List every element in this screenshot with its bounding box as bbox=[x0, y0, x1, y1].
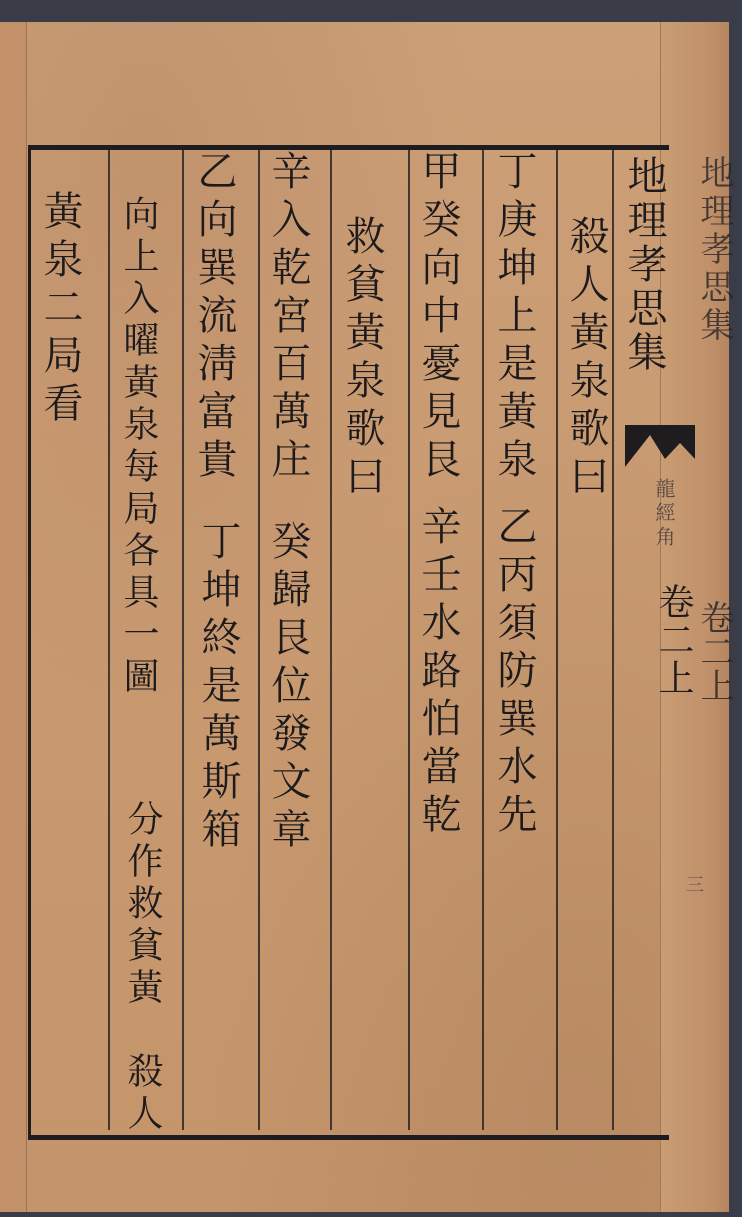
text-column-verse-4-bottom: 丁坤終是萬斯箱 bbox=[198, 520, 238, 856]
adjacent-fold-title: 地理孝思集 bbox=[690, 155, 739, 345]
fish-tail-mark-icon bbox=[625, 425, 695, 467]
column-rule bbox=[330, 150, 332, 1130]
text-column-note-top: 向上入曜黃泉每局各具一圖 bbox=[120, 195, 156, 699]
text-column-verse-3-top: 辛入乾宮百萬庄 bbox=[268, 150, 308, 486]
fold-page-number: 三 bbox=[680, 875, 706, 893]
column-rule bbox=[556, 150, 558, 1130]
text-column-verse-2-bottom: 辛壬水路怕當乾 bbox=[418, 505, 458, 841]
fold-section-label: 龍經角 bbox=[650, 478, 679, 550]
text-column-note-bottom: 分作救貧黃 殺人 bbox=[124, 800, 160, 1136]
column-rule bbox=[182, 150, 184, 1130]
text-column-heading-killing: 殺人黃泉歌曰 bbox=[566, 215, 606, 503]
text-column-verse-3-bottom: 癸歸艮位發文章 bbox=[268, 520, 308, 856]
column-rule bbox=[482, 150, 484, 1130]
column-rule bbox=[408, 150, 410, 1130]
column-rule bbox=[108, 150, 110, 1130]
adjacent-fold-volume: 卷二上 bbox=[690, 600, 739, 702]
text-column-verse-4-top: 乙向巽流淸富貴 bbox=[194, 150, 234, 486]
book-title: 地理孝思集 bbox=[616, 155, 673, 375]
text-column-verse-2-top: 甲癸向中憂見艮 bbox=[418, 150, 458, 486]
text-column-closing: 黃泉二局看 bbox=[40, 190, 80, 430]
text-column-heading-saving: 救貧黃泉歌曰 bbox=[342, 215, 382, 503]
column-rule bbox=[258, 150, 260, 1130]
text-column-verse-1-bottom: 乙丙須防巽水先 bbox=[494, 505, 534, 841]
column-rule bbox=[612, 150, 614, 1130]
text-column-verse-1-top: 丁庚坤上是黃泉 bbox=[494, 150, 534, 486]
previous-page-edge bbox=[0, 22, 27, 1212]
